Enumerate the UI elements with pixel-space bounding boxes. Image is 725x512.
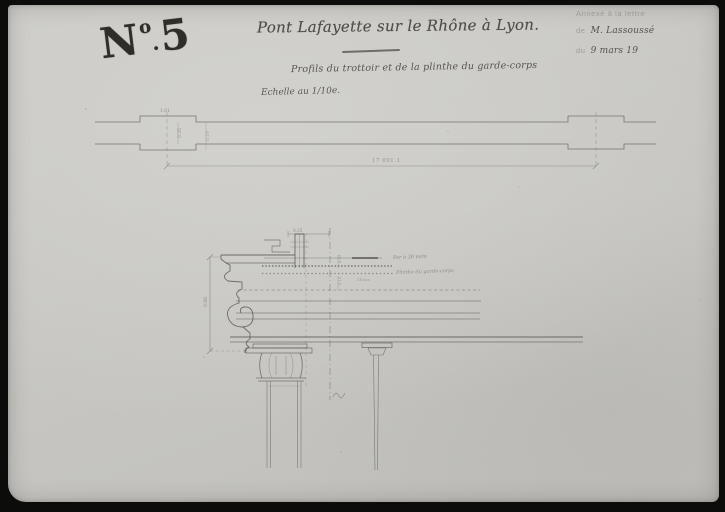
- section-dim-small-a-label: 0.05: [337, 254, 342, 263]
- section-drawing: [207, 228, 583, 470]
- support-stem: [374, 355, 379, 470]
- scanned-drawing: No.5 Pont Lafayette sur le Rhône à Lyon.…: [0, 0, 725, 512]
- drawing-linework: 1.01 0.35 0.19 17 091.1: [0, 0, 725, 512]
- section-dim-small-b-label: 0.10: [337, 276, 342, 285]
- anchor-bracket: [264, 240, 290, 252]
- pedestal-legs: [267, 381, 301, 468]
- section-note-c: Chaux: [357, 277, 371, 282]
- plan-dim-block-label: 0.35: [177, 128, 183, 138]
- pencil-squiggle: [333, 393, 345, 398]
- section-dim-top-label: 0.35: [293, 228, 303, 233]
- plan-dim-band-label: 0.19: [205, 131, 211, 141]
- section-note-a: Fer à 30 m/m: [392, 253, 427, 261]
- moulding-profile: [221, 255, 253, 327]
- section-note-b: Plinthe du garde-corps: [395, 268, 455, 276]
- support-cap: [362, 343, 392, 348]
- section-dim-height-label: 0.88: [203, 297, 209, 307]
- pedestal-body: [260, 353, 303, 378]
- plan-dim-length-label: 17 091.1: [372, 158, 401, 164]
- plan-dim-top-label: 1.01: [160, 108, 170, 114]
